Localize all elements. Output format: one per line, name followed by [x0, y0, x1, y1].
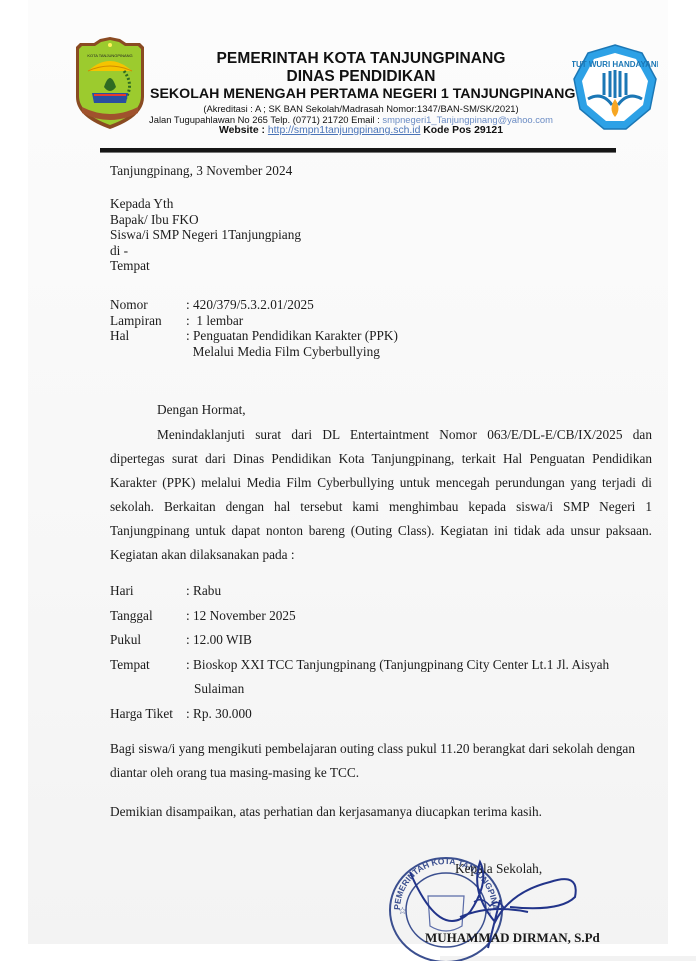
event-label: Pukul [110, 632, 186, 657]
venue-line-1: : Bioskop XXI TCC Tanjungpinang (Tanjung… [186, 657, 609, 672]
reference-row: Lampiran: 1 lembar [110, 313, 398, 329]
website-line: Website : http://smpn1tanjungpinang.sch.… [150, 125, 572, 137]
government-name: PEMERINTAH KOTA TANJUNGPINANG [150, 50, 572, 68]
event-label: Tanggal [110, 608, 186, 633]
recipient-line: Siswa/i SMP Negeri 1Tanjungpiang [110, 227, 301, 243]
event-row: Tanggal: 12 November 2025 [110, 608, 609, 633]
body-text: Menindaklanjuti surat dari DL Entertaint… [110, 427, 652, 562]
reference-row: Nomor: 420/379/5.3.2.01/2025 [110, 297, 398, 313]
address-text: Jalan Tugupahlawan No 265 Telp. (0771) 2… [149, 114, 382, 125]
event-row: Tempat: Bioskop XXI TCC Tanjungpinang (T… [110, 657, 609, 706]
closing: Demikian disampaikan, atas perhatian dan… [110, 804, 542, 820]
postal-code: Kode Pos 29121 [420, 125, 503, 136]
website-label: Website : [219, 125, 268, 136]
email-link[interactable]: smpnegeri1_Tanjungpinang@yahoo.com [382, 114, 553, 125]
recipient-line: di - [110, 243, 301, 259]
reference-value: : Penguatan Pendidikan Karakter (PPK) Me… [186, 328, 398, 359]
subject-line-2: Melalui Media Film Cyberbullying [186, 344, 398, 360]
event-label: Tempat [110, 657, 186, 706]
school-name: SEKOLAH MENENGAH PERTAMA NEGERI 1 TANJUN… [150, 86, 572, 103]
accreditation: (Akreditasi : A ; SK BAN Sekolah/Madrasa… [150, 103, 572, 114]
svg-text:TUT WURI HANDAYANI: TUT WURI HANDAYANI [572, 60, 658, 69]
svg-text:KOTA TANJUNGPINANG: KOTA TANJUNGPINANG [87, 53, 132, 58]
event-value: : Rp. 30.000 [186, 706, 609, 731]
reference-value: : 420/379/5.3.2.01/2025 [186, 297, 398, 313]
recipient-block: Kepada Yth Bapak/ Ibu FKO Siswa/i SMP Ne… [110, 196, 301, 274]
event-value: : 12 November 2025 [186, 608, 609, 633]
reference-row: Hal: Penguatan Pendidikan Karakter (PPK)… [110, 328, 398, 359]
place-date: Tanjungpinang, 3 November 2024 [110, 163, 292, 179]
reference-label: Lampiran [110, 313, 186, 329]
reference-table: Nomor: 420/379/5.3.2.01/2025 Lampiran: 1… [110, 297, 398, 359]
signer-name: MUHAMMAD DIRMAN, S.Pd [425, 930, 600, 946]
greeting: Dengan Hormat, [157, 402, 246, 418]
body-paragraph: Menindaklanjuti surat dari DL Entertaint… [110, 423, 652, 567]
event-value: : 12.00 WIB [186, 632, 609, 657]
address-line: Jalan Tugupahlawan No 265 Telp. (0771) 2… [130, 114, 572, 125]
letterhead: PEMERINTAH KOTA TANJUNGPINANG DINAS PEND… [150, 50, 572, 137]
departure-note: Bagi siswa/i yang mengikuti pembelajaran… [110, 737, 652, 785]
tut-wuri-handayani-icon: TUT WURI HANDAYANI [572, 43, 658, 133]
venue-line-2: Sulaiman [186, 672, 609, 697]
subject-line-1: : Penguatan Pendidikan Karakter (PPK) [186, 328, 398, 344]
reference-value: : 1 lembar [186, 313, 398, 329]
event-details: Hari: Rabu Tanggal: 12 November 2025 Puk… [110, 583, 609, 731]
reference-label: Hal [110, 328, 186, 359]
event-label: Hari [110, 583, 186, 608]
recipient-line: Kepada Yth [110, 196, 301, 212]
letterhead-divider [100, 148, 616, 153]
department-name: DINAS PENDIDIKAN [150, 68, 572, 86]
reference-label: Nomor [110, 297, 186, 313]
event-value: : Bioskop XXI TCC Tanjungpinang (Tanjung… [186, 657, 609, 706]
event-row: Harga Tiket: Rp. 30.000 [110, 706, 609, 731]
event-row: Hari: Rabu [110, 583, 609, 608]
event-row: Pukul: 12.00 WIB [110, 632, 609, 657]
recipient-line: Bapak/ Ibu FKO [110, 212, 301, 228]
event-value: : Rabu [186, 583, 609, 608]
recipient-line: Tempat [110, 258, 301, 274]
event-label: Harga Tiket [110, 706, 186, 731]
website-link[interactable]: http://smpn1tanjungpinang.sch.id [268, 125, 421, 136]
